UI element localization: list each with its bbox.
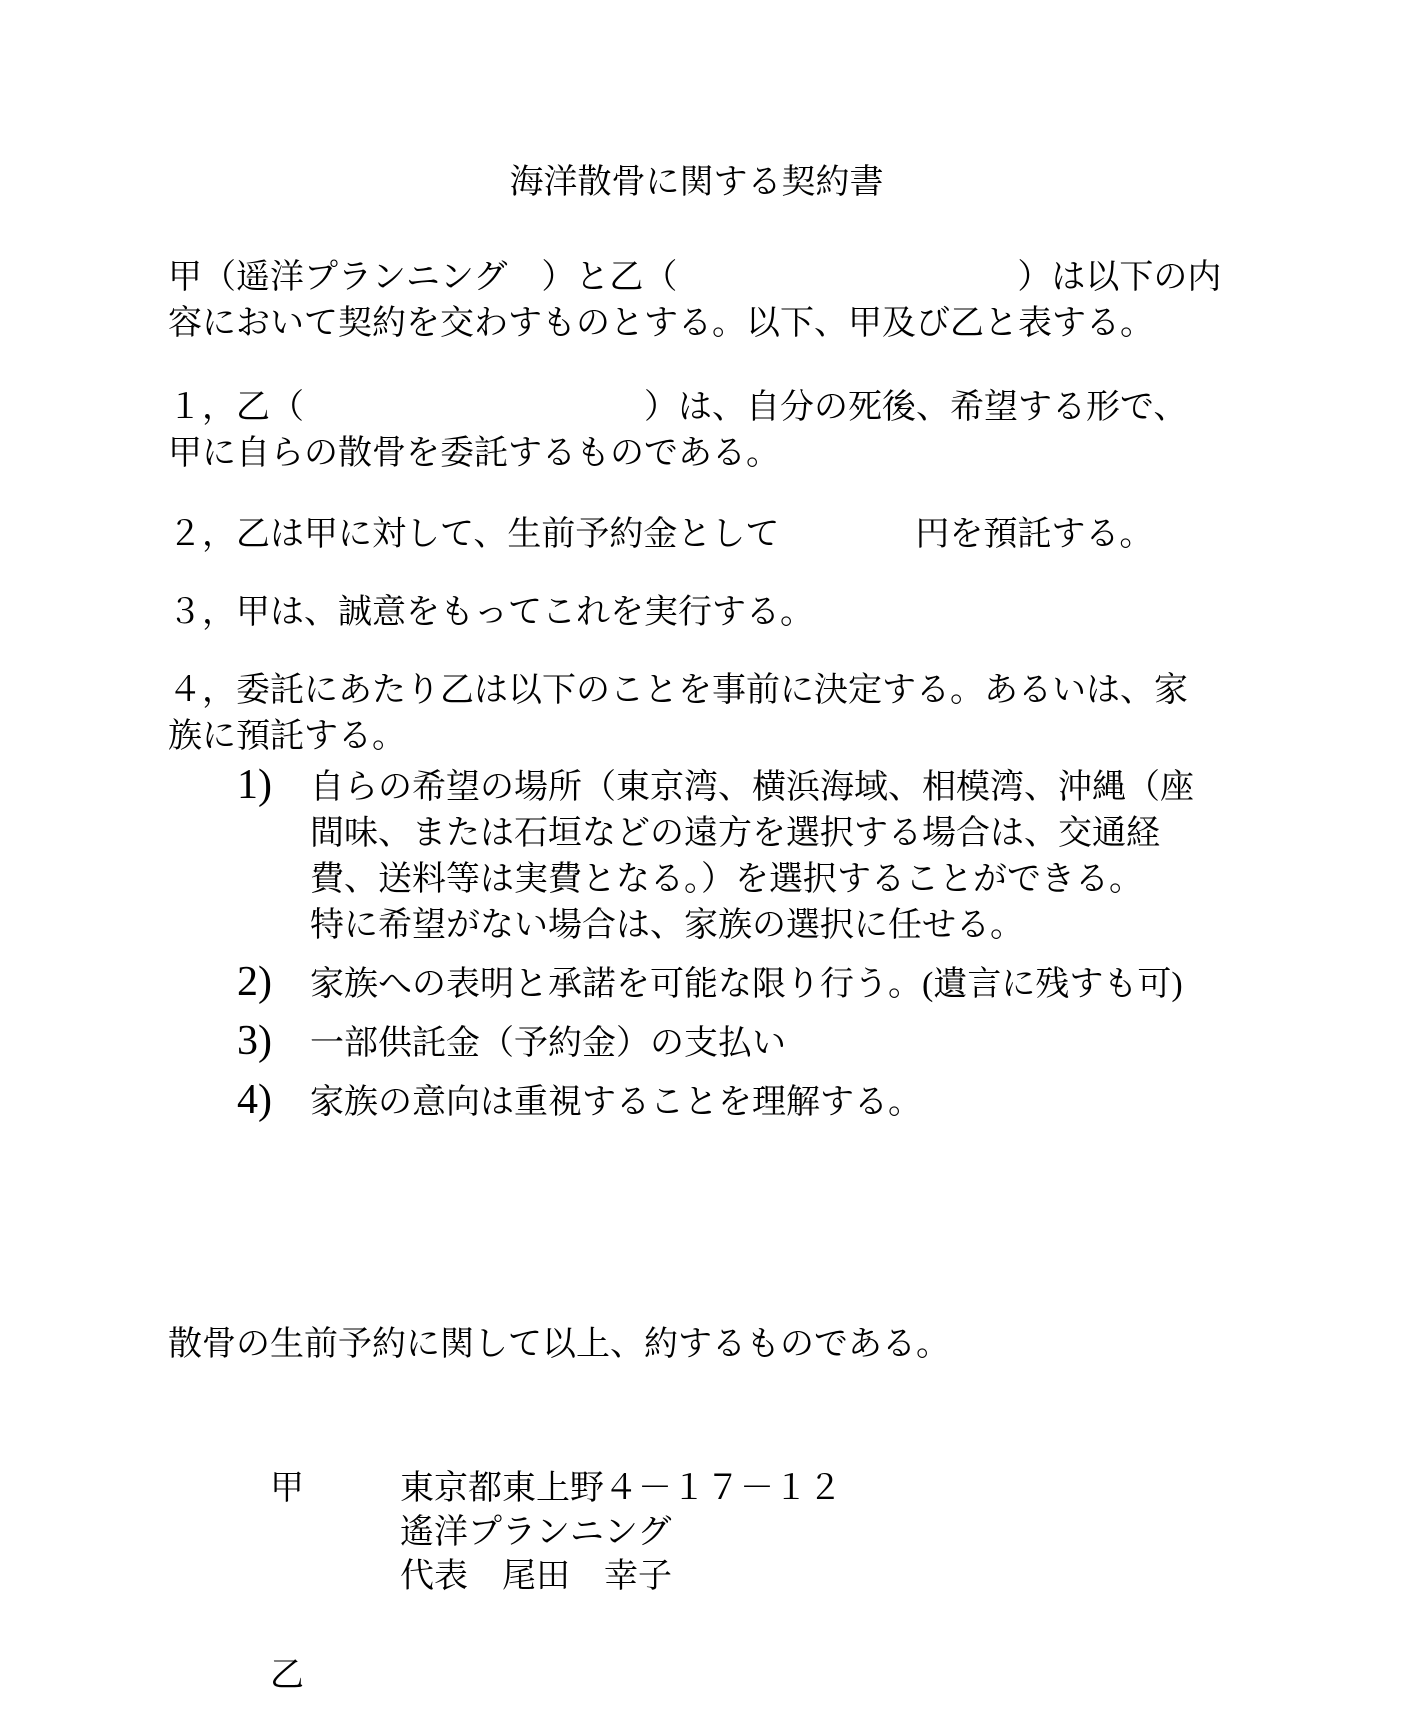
intro-paragraph: 甲（遥洋プランニング ）と乙（ ）は以下の内 容において契約を交わすものとする。…: [168, 255, 1315, 347]
signature-party-a: 甲 東京都東上野４－１７－１２ 遙洋プランニング 代表 尾田 幸子: [270, 1467, 1315, 1599]
clause-4-sublist: 1) 自らの希望の場所（東京湾、横浜海域、相模湾、沖縄（座 間味、または石垣など…: [237, 762, 1315, 1126]
document-title: 海洋散骨に関する契約書: [168, 160, 1315, 206]
clause-3-line: ３，甲は、誠意をもってこれを実行する。: [168, 590, 1315, 636]
intro-line: 甲（遥洋プランニング ）と乙（ ）は以下の内: [168, 255, 1315, 301]
clause-1-line: １，乙（ ）は、自分の死後、希望する形で、: [168, 385, 1315, 431]
sublist-item-3: 3) 一部供託金（予約金）の支払い: [237, 1018, 1315, 1067]
clause-2: ２，乙は甲に対して、生前予約金として 円を預託する。: [168, 512, 1315, 558]
sublist-item-2-text: 家族への表明と承諾を可能な限り行う。(遺言に残すも可): [310, 962, 1315, 1008]
sublist-item-2-marker: 2): [237, 959, 310, 1005]
sublist-item-3-line: 一部供託金（予約金）の支払い: [310, 1021, 1315, 1067]
clause-4-line: ４，委託にあたり乙は以下のことを事前に決定する。あるいは、家: [168, 668, 1315, 714]
party-a-details: 東京都東上野４－１７－１２ 遙洋プランニング 代表 尾田 幸子: [400, 1467, 842, 1599]
signature-party-b: 乙: [270, 1654, 1315, 1698]
sublist-item-3-text: 一部供託金（予約金）の支払い: [310, 1021, 1315, 1067]
sublist-item-4-line: 家族の意向は重視することを理解する。: [310, 1080, 1315, 1126]
sublist-item-1-text: 自らの希望の場所（東京湾、横浜海域、相模湾、沖縄（座 間味、または石垣などの遠方…: [310, 765, 1315, 949]
sublist-item-2-line: 家族への表明と承諾を可能な限り行う。(遺言に残すも可): [310, 962, 1315, 1008]
party-a-company: 遙洋プランニング: [400, 1511, 842, 1555]
clause-1: １，乙（ ）は、自分の死後、希望する形で、 甲に自らの散骨を委託するものである。: [168, 385, 1315, 477]
closing-line: 散骨の生前予約に関して以上、約するものである。: [168, 1322, 1315, 1368]
clause-4-line: 族に預託する。: [168, 714, 1315, 760]
sublist-item-4: 4) 家族の意向は重視することを理解する。: [237, 1077, 1315, 1126]
sublist-item-4-text: 家族の意向は重視することを理解する。: [310, 1080, 1315, 1126]
sublist-item-1-line: 間味、または石垣などの遠方を選択する場合は、交通経: [310, 811, 1315, 857]
sublist-item-1: 1) 自らの希望の場所（東京湾、横浜海域、相模湾、沖縄（座 間味、または石垣など…: [237, 762, 1315, 949]
sublist-item-1-line: 自らの希望の場所（東京湾、横浜海域、相模湾、沖縄（座: [310, 765, 1315, 811]
party-a-label: 甲: [270, 1467, 400, 1511]
sublist-item-1-marker: 1): [237, 762, 310, 808]
clause-2-line: ２，乙は甲に対して、生前予約金として 円を預託する。: [168, 512, 1315, 558]
sublist-item-4-marker: 4): [237, 1077, 310, 1123]
sublist-item-1-line: 特に希望がない場合は、家族の選択に任せる。: [310, 903, 1315, 949]
clause-4: ４，委託にあたり乙は以下のことを事前に決定する。あるいは、家 族に預託する。: [168, 668, 1315, 760]
intro-line: 容において契約を交わすものとする。以下、甲及び乙と表する。: [168, 301, 1315, 347]
clause-1-line: 甲に自らの散骨を委託するものである。: [168, 431, 1315, 477]
sublist-item-2: 2) 家族への表明と承諾を可能な限り行う。(遺言に残すも可): [237, 959, 1315, 1008]
sublist-item-1-line: 費、送料等は実費となる。）を選択することができる。: [310, 857, 1315, 903]
party-a-representative: 代表 尾田 幸子: [400, 1555, 842, 1599]
party-b-label: 乙: [270, 1654, 400, 1698]
contract-page: 海洋散骨に関する契約書 甲（遥洋プランニング ）と乙（ ）は以下の内 容において…: [0, 0, 1425, 1712]
clause-3: ３，甲は、誠意をもってこれを実行する。: [168, 590, 1315, 636]
closing-statement: 散骨の生前予約に関して以上、約するものである。: [168, 1322, 1315, 1368]
party-a-address: 東京都東上野４－１７－１２: [400, 1467, 842, 1511]
sublist-item-3-marker: 3): [237, 1018, 310, 1064]
